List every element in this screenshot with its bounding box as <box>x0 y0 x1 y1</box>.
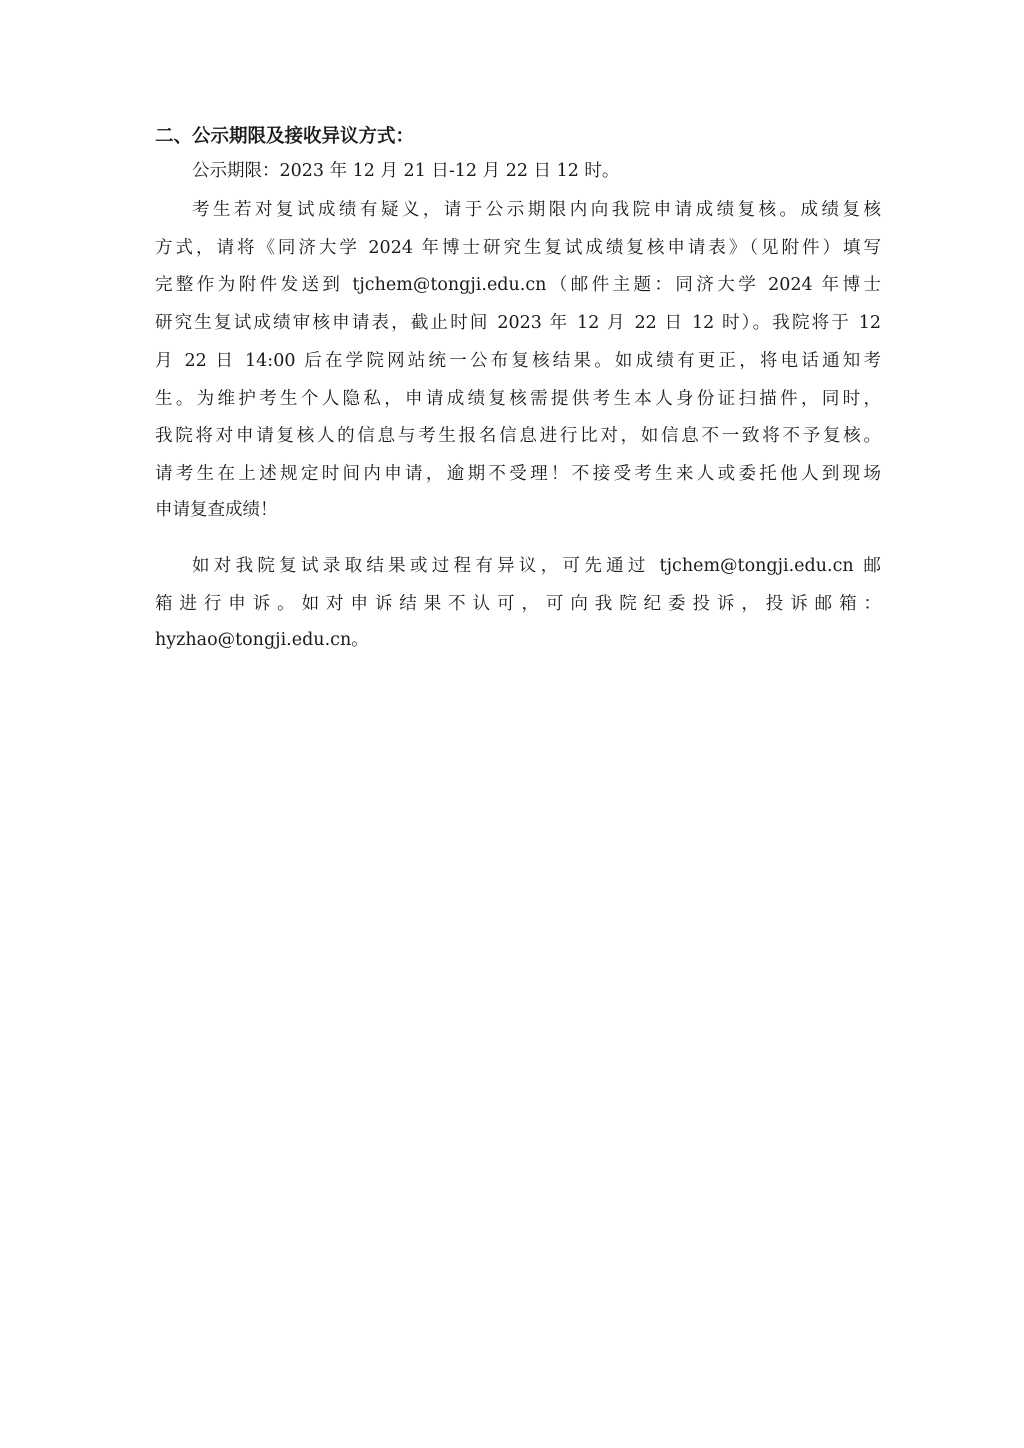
paragraph1-line: 我院将对申请复核人的信息与考生报名信息进行比对，如信息不一致将不予复核。 <box>155 424 881 448</box>
document-page: 二、公示期限及接收异议方式： 公示期限：2023 年 12 月 21 日-12 … <box>0 0 1024 1448</box>
paragraph1-line: 请考生在上述规定时间内申请，逾期不受理！不接受考生来人或委托他人到现场 <box>155 462 881 486</box>
publicity-period: 公示期限：2023 年 12 月 21 日-12 月 22 日 12 时。 <box>192 159 881 183</box>
paragraph2-line: hyzhao@tongji.edu.cn。 <box>155 628 881 652</box>
paragraph2-line: 如对我院复试录取结果或过程有异议，可先通过 tjchem@tongji.edu.… <box>192 554 881 578</box>
paragraph1-line: 完整作为附件发送到 tjchem@tongji.edu.cn（邮件主题：同济大学… <box>155 273 881 297</box>
paragraph1-line: 考生若对复试成绩有疑义，请于公示期限内向我院申请成绩复核。成绩复核 <box>192 198 881 222</box>
section-heading: 二、公示期限及接收异议方式： <box>155 124 414 150</box>
paragraph1-line: 月 22 日 14:00 后在学院网站统一公布复核结果。如成绩有更正，将电话通知… <box>155 349 881 373</box>
paragraph1-line: 生。为维护考生个人隐私，申请成绩复核需提供考生本人身份证扫描件，同时， <box>155 387 881 411</box>
paragraph1-line: 申请复查成绩！ <box>155 498 881 522</box>
paragraph1-line: 研究生复试成绩审核申请表，截止时间 2023 年 12 月 22 日 12 时）… <box>155 311 881 335</box>
paragraph2-line: 箱进行申诉。如对申诉结果不认可，可向我院纪委投诉，投诉邮箱： <box>155 592 881 616</box>
paragraph1-line: 方式，请将《同济大学 2024 年博士研究生复试成绩复核申请表》（见附件）填写 <box>155 236 881 260</box>
